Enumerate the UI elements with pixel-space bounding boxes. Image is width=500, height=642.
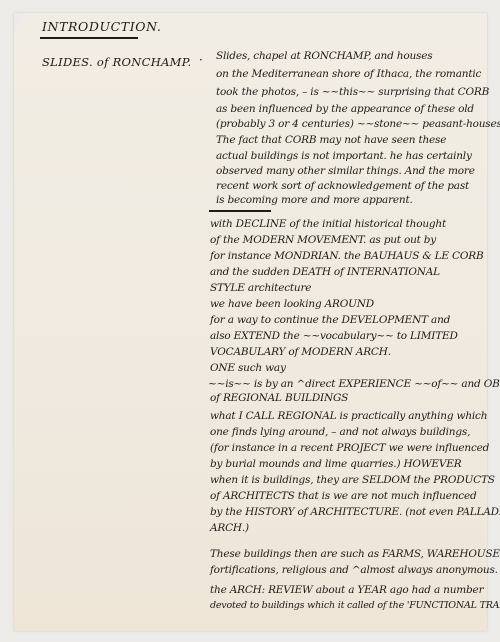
text-line: VOCABULARY of MODERN ARCH. <box>210 346 391 358</box>
text-line: took the photos, – is ~~this~~ surprisin… <box>216 86 489 98</box>
text-line: we have been looking AROUND <box>210 298 374 310</box>
text-line: STYLE architecture <box>210 282 311 294</box>
text-line: of ARCHITECTS that is we are not much in… <box>210 490 477 502</box>
text-line: also EXTEND the ~~vocabulary~~ to LIMITE… <box>210 330 458 342</box>
text-line: the ARCH: REVIEW about a YEAR ago had a … <box>210 584 483 596</box>
text-line: one finds lying around, – and not always… <box>210 426 470 438</box>
section-divider <box>209 210 271 212</box>
text-line: by the HISTORY of ARCHITECTURE. (not eve… <box>210 506 500 518</box>
text-line: ONE such way <box>210 362 286 374</box>
text-line: for instance MONDRIAN. the BAUHAUS & LE … <box>210 250 483 262</box>
text-line: actual buildings is not important. he ha… <box>216 150 472 162</box>
text-line: of REGIONAL BUILDINGS <box>210 392 348 404</box>
heading-underline <box>40 37 138 39</box>
text-line: with DECLINE of the initial historical t… <box>210 218 446 230</box>
text-line: of the MODERN MOVEMENT. as put out by <box>210 234 436 246</box>
text-line: recent work sort of acknowledgement of t… <box>216 180 469 192</box>
text-line: and the sudden DEATH of INTERNATIONAL <box>210 266 440 278</box>
text-line: ARCH.) <box>210 522 249 534</box>
text-line: observed many other similar things. And … <box>216 165 475 177</box>
text-line: (for instance in a recent PROJECT we wer… <box>210 442 489 454</box>
page-heading: INTRODUCTION. <box>42 19 161 34</box>
text-line: is becoming more and more apparent. <box>216 194 413 206</box>
text-line: as been influenced by the appearance of … <box>216 103 474 115</box>
bullet-dot: · <box>199 53 203 67</box>
text-line: on the Mediterranean shore of Ithaca, th… <box>216 68 481 80</box>
text-line: by burial mounds and lime quarries.) HOW… <box>210 458 461 470</box>
text-line: for a way to continue the DEVELOPMENT an… <box>210 314 450 326</box>
text-line: Slides, chapel at RONCHAMP, and houses <box>216 50 432 62</box>
text-line: (probably 3 or 4 centuries) ~~stone~~ pe… <box>216 118 500 130</box>
text-line: The fact that CORB may not have seen the… <box>216 134 446 146</box>
margin-note: SLIDES. of RONCHAMP. <box>42 55 191 69</box>
text-line: what I CALL REGIONAL is practically anyt… <box>210 410 487 422</box>
text-line: when it is buildings, they are SELDOM th… <box>210 474 495 486</box>
text-line: ~~is~~ is by an ^direct EXPERIENCE ~~of~… <box>208 378 500 390</box>
text-line: These buildings then are such as FARMS, … <box>210 548 500 560</box>
text-line: devoted to buildings which it called of … <box>210 600 500 611</box>
text-line: fortifications, religious and ^almost al… <box>210 564 498 576</box>
